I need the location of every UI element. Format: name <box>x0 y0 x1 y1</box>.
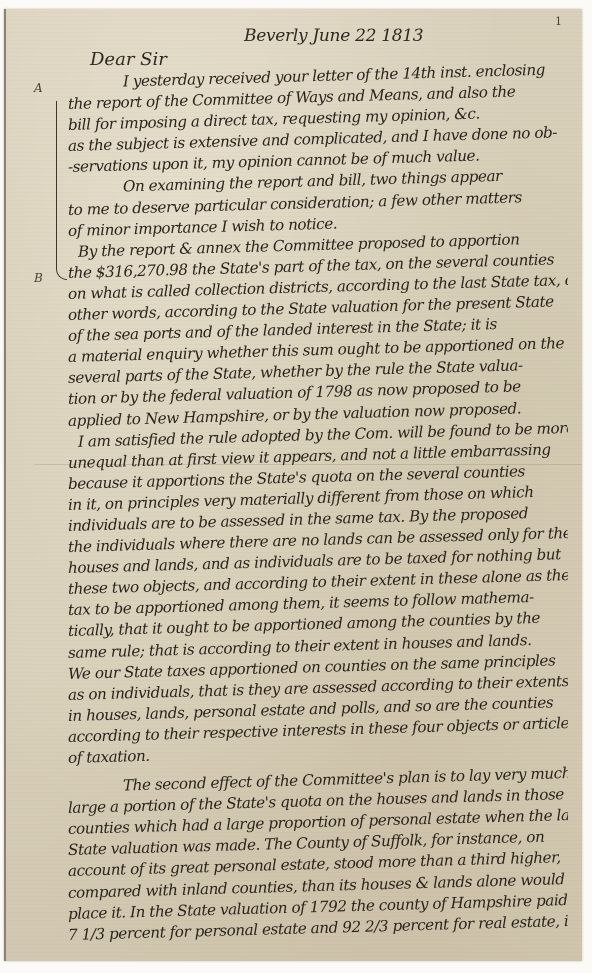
margin-bracket <box>56 101 67 280</box>
manuscript-page: 1 Beverly June 22 1813 Dear Sir A B I ye… <box>4 9 582 961</box>
salutation: Dear Sir <box>90 49 167 70</box>
margin-mark-a: A <box>34 81 43 95</box>
margin-mark-b: B <box>34 271 43 285</box>
page-number: 1 <box>555 15 562 28</box>
letter-body: I yesterday received your letter of the … <box>68 73 568 946</box>
dateline: Beverly June 22 1813 <box>244 26 423 46</box>
